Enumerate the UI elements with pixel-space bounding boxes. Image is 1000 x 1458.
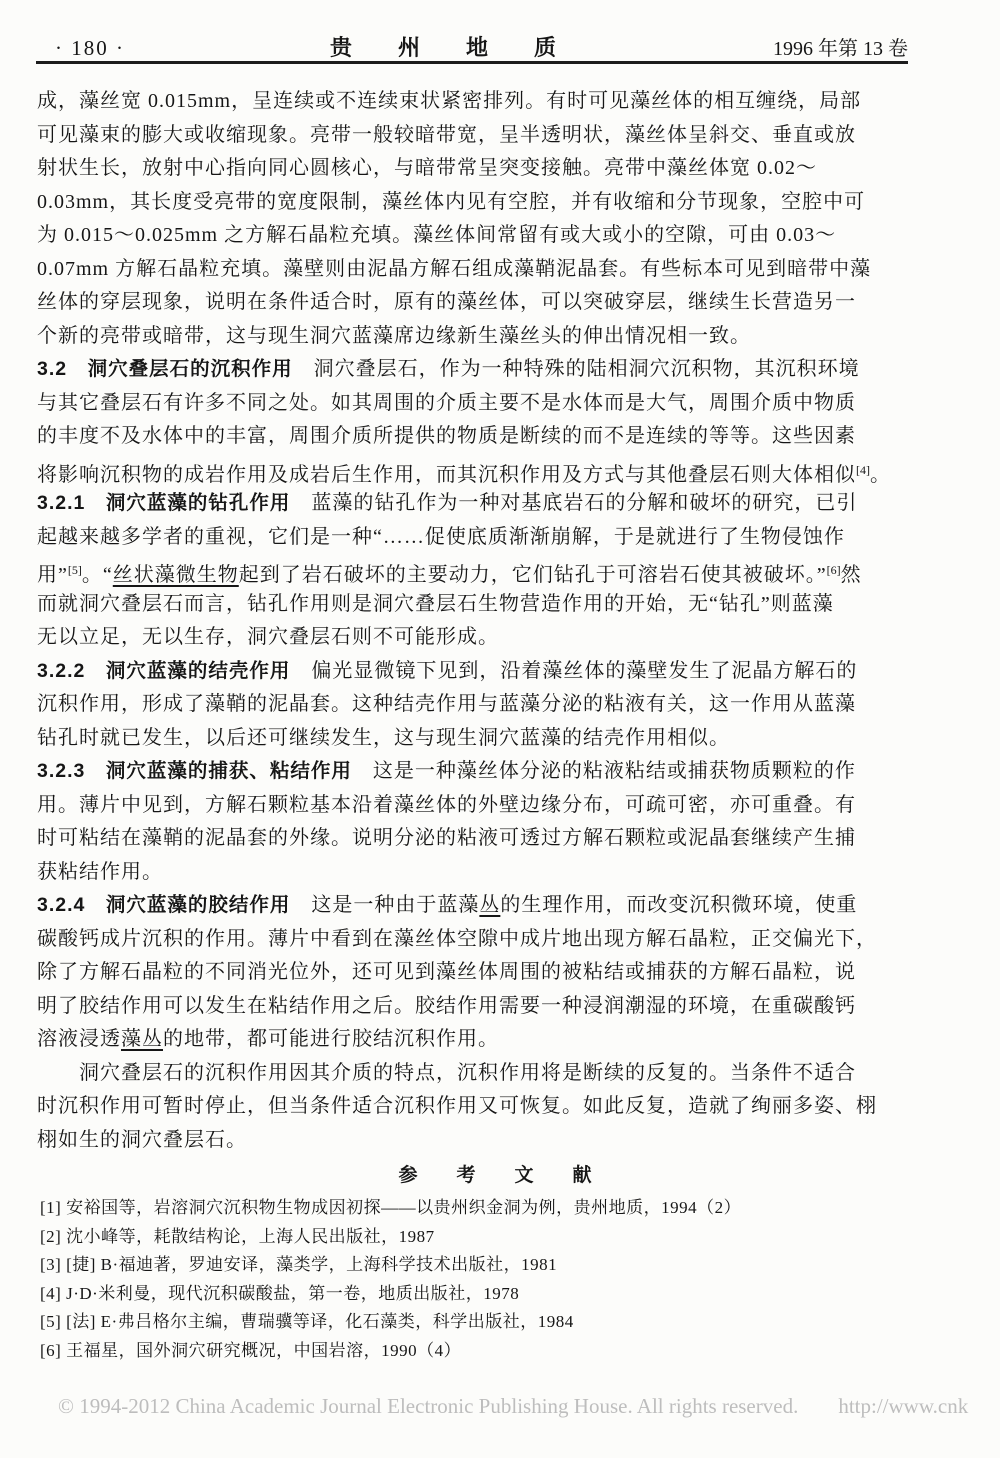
text-line: 而就洞穴叠层石而言，钻孔作用则是洞穴叠层石生物营造作用的开始，无“钻孔”则蓝藻	[37, 588, 927, 622]
text-segment: 碳酸钙成片沉积的作用。薄片中看到在藻丝体空隙中成片地出现方解石晶粒，正交偏光下，	[37, 928, 877, 950]
text-line: 栩如生的洞穴叠层石。	[37, 1124, 927, 1158]
text-line: 起越来越多学者的重视，它们是一种“……促使底质渐渐崩解，于是就进行了生物侵蚀作	[37, 521, 927, 555]
text-segment: 然	[841, 564, 862, 586]
article-body: 成，藻丝宽 0.015mm，呈连续或不连续束状紧密排列。有时可见藻丝体的相互缠绕…	[37, 85, 927, 1157]
section-heading: 3.2 洞穴叠层石的沉积作用	[37, 358, 293, 380]
text-line: 个新的亮带或暗带，这与现生洞穴蓝藻席边缘新生藻丝头的伸出情况相一致。	[37, 320, 927, 354]
text-line: 3.2.2 洞穴蓝藻的结壳作用 偏光显微镜下见到，沿着藻丝体的藻壁发生了泥晶方解…	[37, 655, 927, 689]
text-segment: 的生理作用，而改变沉积微环境，使重	[500, 894, 857, 916]
reference-item: [1] 安裕国等，岩溶洞穴沉积物生物成因初探——以贵州织金洞为例，贵州地质，19…	[40, 1194, 960, 1223]
text-segment: 0.03mm，其长度受亮带的宽度限制，藻丝体内见有空腔，并有收缩和分节现象，空腔…	[37, 191, 865, 213]
text-segment: 与其它叠层石有许多不同之处。如其周围的介质主要不是水体而是大气，周围介质中物质	[37, 392, 856, 414]
reference-item: [4] J·D·米利曼，现代沉积碳酸盐，第一卷，地质出版社，1978	[40, 1280, 960, 1309]
section-heading: 3.2.1 洞穴蓝藻的钻孔作用	[37, 492, 290, 514]
references-list: [1] 安裕国等，岩溶洞穴沉积物生物成因初探——以贵州织金洞为例，贵州地质，19…	[40, 1194, 960, 1365]
text-line: 时沉积作用可暂时停止，但当条件适合沉积作用又可恢复。如此反复，造就了绚丽多姿、栩	[37, 1090, 927, 1124]
text-segment: 射状生长，放射中心指向同心圆核心，与暗带常呈突变接触。亮带中藻丝体宽 0.02～	[37, 157, 817, 179]
text-segment: 。“	[82, 564, 113, 586]
text-segment: 无以立足，无以生存，洞穴叠层石则不可能形成。	[37, 626, 499, 648]
text-line: 的丰度不及水体中的丰富，周围介质所提供的物质是断续的而不是连续的等等。这些因素	[37, 420, 927, 454]
text-segment: 为 0.015～0.025mm 之方解石晶粒充填。藻丝体间常留有或大或小的空隙，…	[37, 224, 836, 246]
text-segment: 除了方解石晶粒的不同消光位外，还可见到藻丝体周围的被粘结或捕获的方解石晶粒，说	[37, 961, 856, 983]
citation-superscript: [5]	[68, 563, 82, 577]
text-line: 用。薄片中见到，方解石颗粒基本沿着藻丝体的外壁边缘分布，可疏可密，亦可重叠。有	[37, 789, 927, 823]
text-segment: 沉积作用，形成了藻鞘的泥晶套。这种结壳作用与蓝藻分泌的粘液有关，这一作用从蓝藻	[37, 693, 856, 715]
text-line: 0.07mm 方解石晶粒充填。藻壁则由泥晶方解石组成藻鞘泥晶套。有些标本可见到暗…	[37, 253, 927, 287]
citation-superscript: [6]	[827, 563, 841, 577]
section-heading: 3.2.4 洞穴蓝藻的胶结作用	[37, 894, 290, 916]
reference-item: [2] 沈小峰等，耗散结构论，上海人民出版社，1987	[40, 1223, 960, 1252]
text-line: 3.2.1 洞穴蓝藻的钻孔作用 蓝藻的钻孔作为一种对基底岩石的分解和破坏的研究，…	[37, 487, 927, 521]
text-line: 碳酸钙成片沉积的作用。薄片中看到在藻丝体空隙中成片地出现方解石晶粒，正交偏光下，	[37, 923, 927, 957]
reference-item: [3] [捷] B·福迪著，罗迪安译，藻类学，上海科学技术出版社，1981	[40, 1251, 960, 1280]
text-segment: 藻丛	[121, 1028, 163, 1050]
text-segment: 将影响沉积物的成岩作用及成岩后生作用，而其沉积作用及方式与其他叠层石则大体相似	[37, 464, 856, 486]
text-line: 除了方解石晶粒的不同消光位外，还可见到藻丝体周围的被粘结或捕获的方解石晶粒，说	[37, 956, 927, 990]
section-heading: 3.2.2 洞穴蓝藻的结壳作用	[37, 660, 290, 682]
volume-label: 1996 年第 13 卷	[773, 32, 908, 61]
journal-title: 贵 州 地 质	[330, 31, 568, 62]
text-segment: 偏光显微镜下见到，沿着藻丝体的藻壁发生了泥晶方解石的	[290, 660, 857, 682]
text-line: 丝体的穿层现象，说明在条件适合时，原有的藻丝体，可以突破穿层，继续生长营造另一	[37, 286, 927, 320]
text-line: 3.2.3 洞穴蓝藻的捕获、粘结作用 这是一种藻丝体分泌的粘液粘结或捕获物质颗粒…	[37, 755, 927, 789]
reference-item: [5] [法] E·弗吕格尔主编，曹瑞骥等译，化石藻类，科学出版社，1984	[40, 1308, 960, 1337]
text-segment: 这是一种由于蓝藻	[290, 894, 479, 916]
text-line: 为 0.015～0.025mm 之方解石晶粒充填。藻丝体间常留有或大或小的空隙，…	[37, 219, 927, 253]
text-line: 溶液浸透藻丛的地带，都可能进行胶结沉积作用。	[37, 1023, 927, 1057]
text-line: 3.2.4 洞穴蓝藻的胶结作用 这是一种由于蓝藻丛的生理作用，而改变沉积微环境，…	[37, 889, 927, 923]
copyright-text: © 1994-2012 China Academic Journal Elect…	[58, 1394, 798, 1419]
text-line: 时可粘结在藻鞘的泥晶套的外缘。说明分泌的粘液可透过方解石颗粒或泥晶套继续产生捕	[37, 822, 927, 856]
header-divider	[36, 61, 908, 64]
text-line: 将影响沉积物的成岩作用及成岩后生作用，而其沉积作用及方式与其他叠层石则大体相似[…	[37, 454, 927, 488]
text-segment: 可见藻束的膨大或收缩现象。亮带一般较暗带宽，呈半透明状，藻丝体呈斜交、垂直或放	[37, 124, 856, 146]
footer-url: http://www.cnk	[838, 1394, 968, 1419]
text-segment: 溶液浸透	[37, 1028, 121, 1050]
text-line: 洞穴叠层石的沉积作用因其介质的特点，沉积作用将是断续的反复的。当条件不适合	[37, 1057, 927, 1091]
section-heading: 3.2.3 洞穴蓝藻的捕获、粘结作用	[37, 760, 352, 782]
text-segment: 这是一种藻丝体分泌的粘液粘结或捕获物质颗粒的作	[352, 760, 856, 782]
text-segment: 起越来越多学者的重视，它们是一种“……促使底质渐渐崩解，于是就进行了生物侵蚀作	[37, 526, 845, 548]
text-line: 3.2 洞穴叠层石的沉积作用 洞穴叠层石，作为一种特殊的陆相洞穴沉积物，其沉积环…	[37, 353, 927, 387]
text-segment: 栩如生的洞穴叠层石。	[37, 1129, 247, 1151]
text-segment: 用”	[37, 564, 68, 586]
text-segment: 而就洞穴叠层石而言，钻孔作用则是洞穴叠层石生物营造作用的开始，无“钻孔”则蓝藻	[37, 593, 834, 615]
references-heading: 参 考 文 献	[0, 1160, 1000, 1187]
text-segment: 丛	[479, 894, 500, 916]
text-line: 沉积作用，形成了藻鞘的泥晶套。这种结壳作用与蓝藻分泌的粘液有关，这一作用从蓝藻	[37, 688, 927, 722]
text-segment: 获粘结作用。	[37, 861, 163, 883]
text-segment: 的丰度不及水体中的丰富，周围介质所提供的物质是断续的而不是连续的等等。这些因素	[37, 425, 856, 447]
text-segment: 洞穴叠层石，作为一种特殊的陆相洞穴沉积物，其沉积环境	[293, 358, 860, 380]
text-line: 获粘结作用。	[37, 856, 927, 890]
journal-page: · 180 · 贵 州 地 质 1996 年第 13 卷 成，藻丝宽 0.015…	[0, 0, 1000, 1458]
text-segment: 丝状藻微生物	[113, 564, 239, 586]
page-header: · 180 · 贵 州 地 质 1996 年第 13 卷	[55, 31, 908, 62]
text-segment: 0.07mm 方解石晶粒充填。藻壁则由泥晶方解石组成藻鞘泥晶套。有些标本可见到暗…	[37, 258, 871, 280]
citation-superscript: [4]	[856, 463, 870, 477]
text-segment: 。	[870, 464, 891, 486]
text-line: 0.03mm，其长度受亮带的宽度限制，藻丝体内见有空腔，并有收缩和分节现象，空腔…	[37, 186, 927, 220]
text-segment: 蓝藻的钻孔作为一种对基底岩石的分解和破坏的研究，已引	[290, 492, 857, 514]
text-segment: 丝体的穿层现象，说明在条件适合时，原有的藻丝体，可以突破穿层，继续生长营造另一	[37, 291, 856, 313]
text-line: 射状生长，放射中心指向同心圆核心，与暗带常呈突变接触。亮带中藻丝体宽 0.02～	[37, 152, 927, 186]
copyright-footer: © 1994-2012 China Academic Journal Elect…	[58, 1394, 1000, 1419]
reference-item: [6] 王福星，国外洞穴研究概况，中国岩溶，1990（4）	[40, 1337, 960, 1366]
text-segment: 成，藻丝宽 0.015mm，呈连续或不连续束状紧密排列。有时可见藻丝体的相互缠绕…	[37, 90, 861, 112]
text-segment: 洞穴叠层石的沉积作用因其介质的特点，沉积作用将是断续的反复的。当条件不适合	[79, 1062, 856, 1084]
text-segment: 的地带，都可能进行胶结沉积作用。	[163, 1028, 499, 1050]
text-line: 钻孔时就已发生，以后还可继续发生，这与现生洞穴蓝藻的结壳作用相似。	[37, 722, 927, 756]
text-segment: 用。薄片中见到，方解石颗粒基本沿着藻丝体的外壁边缘分布，可疏可密，亦可重叠。有	[37, 794, 856, 816]
text-line: 可见藻束的膨大或收缩现象。亮带一般较暗带宽，呈半透明状，藻丝体呈斜交、垂直或放	[37, 119, 927, 153]
text-line: 与其它叠层石有许多不同之处。如其周围的介质主要不是水体而是大气，周围介质中物质	[37, 387, 927, 421]
text-line: 明了胶结作用可以发生在粘结作用之后。胶结作用需要一种浸润潮湿的环境，在重碳酸钙	[37, 990, 927, 1024]
text-segment: 时可粘结在藻鞘的泥晶套的外缘。说明分泌的粘液可透过方解石颗粒或泥晶套继续产生捕	[37, 827, 856, 849]
text-line: 用”[5]。“丝状藻微生物起到了岩石破坏的主要动力，它们钻孔于可溶岩石使其被破坏…	[37, 554, 927, 588]
text-segment: 起到了岩石破坏的主要动力，它们钻孔于可溶岩石使其被破坏。”	[239, 564, 827, 586]
text-line: 成，藻丝宽 0.015mm，呈连续或不连续束状紧密排列。有时可见藻丝体的相互缠绕…	[37, 85, 927, 119]
text-segment: 明了胶结作用可以发生在粘结作用之后。胶结作用需要一种浸润潮湿的环境，在重碳酸钙	[37, 995, 856, 1017]
text-segment: 钻孔时就已发生，以后还可继续发生，这与现生洞穴蓝藻的结壳作用相似。	[37, 727, 730, 749]
text-line: 无以立足，无以生存，洞穴叠层石则不可能形成。	[37, 621, 927, 655]
text-segment: 个新的亮带或暗带，这与现生洞穴蓝藻席边缘新生藻丝头的伸出情况相一致。	[37, 325, 751, 347]
text-segment: 时沉积作用可暂时停止，但当条件适合沉积作用又可恢复。如此反复，造就了绚丽多姿、栩	[37, 1095, 877, 1117]
page-number: · 180 ·	[55, 36, 125, 61]
